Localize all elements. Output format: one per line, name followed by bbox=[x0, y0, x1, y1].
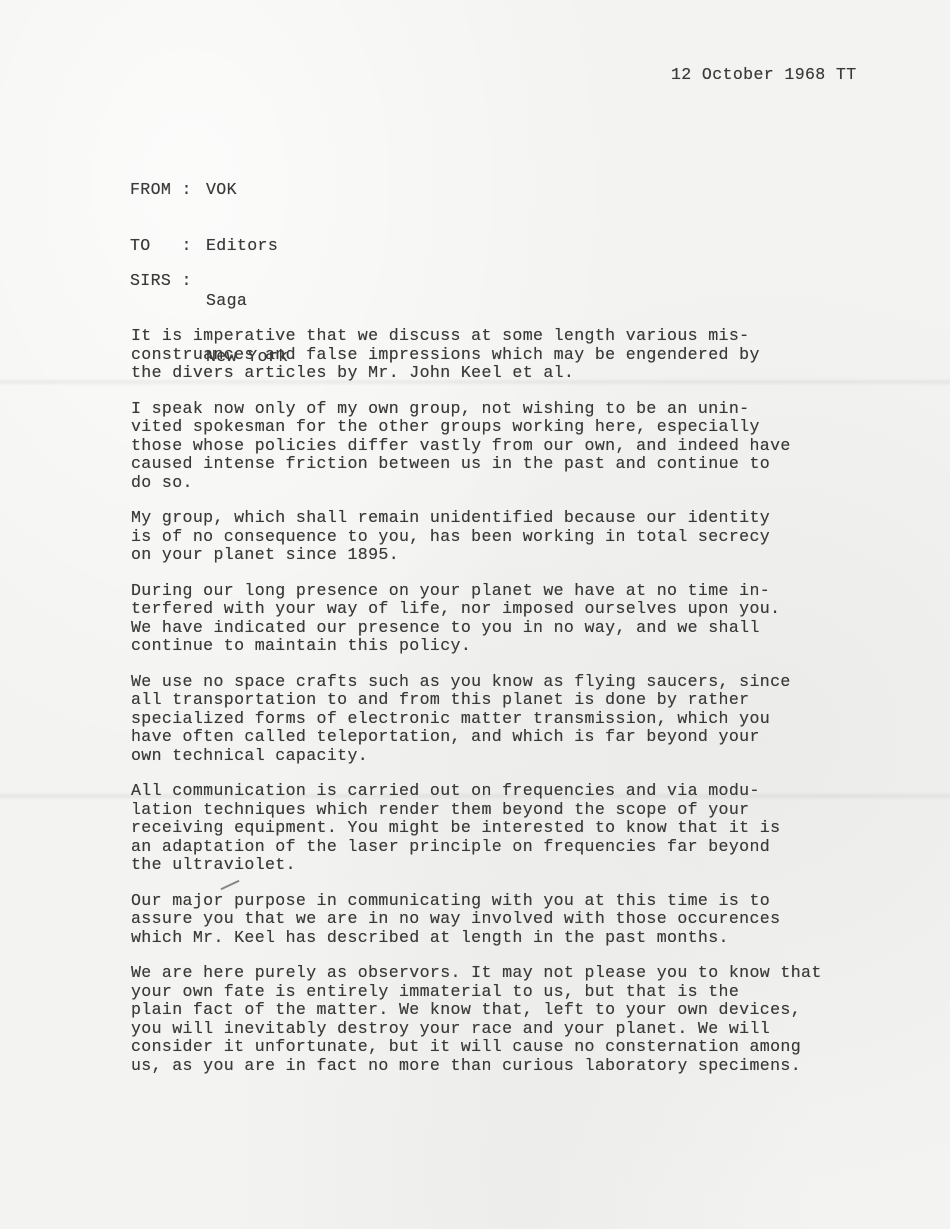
salutation: SIRS : bbox=[130, 272, 192, 291]
paragraph-line: We use no space crafts such as you know … bbox=[131, 673, 891, 692]
paragraph-line: consider it unfortunate, but it will cau… bbox=[131, 1038, 891, 1057]
to-value-line: Editors bbox=[206, 236, 278, 255]
paragraph-line: those whose policies differ vastly from … bbox=[131, 437, 891, 456]
letter-paragraph: Our major purpose in communicating with … bbox=[131, 892, 891, 948]
letter-body: It is imperative that we discuss at some… bbox=[131, 327, 891, 1092]
paragraph-line: assure you that we are in no way involve… bbox=[131, 910, 891, 929]
from-label: FROM : bbox=[130, 181, 206, 200]
paragraph-line: We have indicated our presence to you in… bbox=[131, 619, 891, 638]
paragraph-line: which Mr. Keel has described at length i… bbox=[131, 929, 891, 948]
paragraph-line: own technical capacity. bbox=[131, 747, 891, 766]
paragraph-line: It is imperative that we discuss at some… bbox=[131, 327, 891, 346]
paragraph-line: terfered with your way of life, nor impo… bbox=[131, 600, 891, 619]
paragraph-line: During our long presence on your planet … bbox=[131, 582, 891, 601]
paragraph-line: I speak now only of my own group, not wi… bbox=[131, 400, 891, 419]
letter-paragraph: I speak now only of my own group, not wi… bbox=[131, 400, 891, 493]
paragraph-line: do so. bbox=[131, 474, 891, 493]
paragraph-line: all transportation to and from this plan… bbox=[131, 691, 891, 710]
paragraph-line: plain fact of the matter. We know that, … bbox=[131, 1001, 891, 1020]
to-value-line: Saga bbox=[206, 291, 247, 310]
paragraph-line: the ultraviolet. bbox=[131, 856, 891, 875]
paragraph-line: receiving equipment. You might be intere… bbox=[131, 819, 891, 838]
letter-paragraph: We are here purely as observors. It may … bbox=[131, 964, 891, 1075]
paragraph-line: you will inevitably destroy your race an… bbox=[131, 1020, 891, 1039]
to-row: TO :Editors bbox=[130, 237, 288, 256]
letter-paragraph: During our long presence on your planet … bbox=[131, 582, 891, 656]
paragraph-line: on your planet since 1895. bbox=[131, 546, 891, 565]
paragraph-line: specialized forms of electronic matter t… bbox=[131, 710, 891, 729]
paragraph-line: vited spokesman for the other groups wor… bbox=[131, 418, 891, 437]
paragraph-line: My group, which shall remain unidentifie… bbox=[131, 509, 891, 528]
paragraph-line: All communication is carried out on freq… bbox=[131, 782, 891, 801]
paragraph-line: construances and false impressions which… bbox=[131, 346, 891, 365]
from-row: FROM :VOK bbox=[130, 181, 288, 200]
paragraph-line: caused intense friction between us in th… bbox=[131, 455, 891, 474]
paragraph-line: the divers articles by Mr. John Keel et … bbox=[131, 364, 891, 383]
paragraph-line: an adaptation of the laser principle on … bbox=[131, 838, 891, 857]
paragraph-line: continue to maintain this policy. bbox=[131, 637, 891, 656]
letter-paragraph: My group, which shall remain unidentifie… bbox=[131, 509, 891, 565]
paragraph-line: We are here purely as observors. It may … bbox=[131, 964, 891, 983]
paragraph-line: us, as you are in fact no more than curi… bbox=[131, 1057, 891, 1076]
paragraph-line: lation techniques which render them beyo… bbox=[131, 801, 891, 820]
paragraph-line: your own fate is entirely immaterial to … bbox=[131, 983, 891, 1002]
letter-page: 12 October 1968 TT FROM :VOK TO :Editors… bbox=[0, 0, 950, 1229]
to-row-continued: Saga bbox=[130, 292, 288, 311]
from-value: VOK bbox=[206, 180, 237, 199]
letter-paragraph: It is imperative that we discuss at some… bbox=[131, 327, 891, 383]
paragraph-line: is of no consequence to you, has been wo… bbox=[131, 528, 891, 547]
paragraph-line: Our major purpose in communicating with … bbox=[131, 892, 891, 911]
letter-paragraph: All communication is carried out on freq… bbox=[131, 782, 891, 875]
letter-date: 12 October 1968 TT bbox=[671, 66, 857, 85]
to-label: TO : bbox=[130, 237, 206, 256]
paragraph-line: have often called teleportation, and whi… bbox=[131, 728, 891, 747]
letter-paragraph: We use no space crafts such as you know … bbox=[131, 673, 891, 766]
